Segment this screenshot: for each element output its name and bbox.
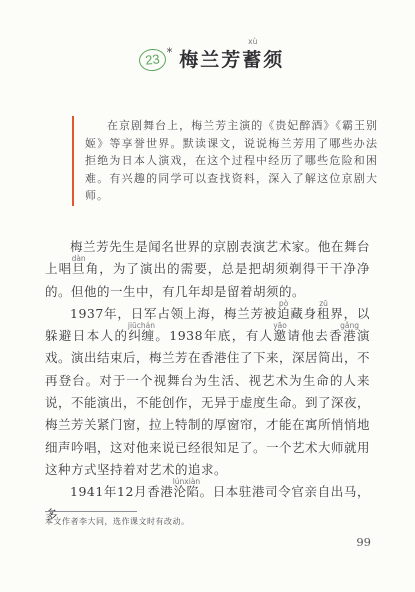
pinyin-annotation: yāo: [273, 322, 287, 330]
body-paragraph: 梅兰芳先生是闻名世界的京剧表演艺术家。他在舞台上唱dàn旦角，为了演出的需要，总…: [45, 236, 370, 303]
footnote-area: 本文作者李大同，选作课文时有改动。: [45, 511, 370, 527]
pinyin-word: jiūchán纠缠: [128, 325, 154, 347]
lesson-header: 23* 梅兰芳xù蓄须: [4, 36, 415, 73]
lesson-title: 梅兰芳xù蓄须: [179, 48, 284, 73]
pinyin-annotation: pò: [279, 300, 288, 308]
intro-text: 在京剧舞台上，梅兰芳主演的《贵妃醉酒》《霸王别姬》等享誉世界。默读课文，说说梅兰…: [85, 117, 378, 205]
pinyin-word: gǎng港: [343, 325, 356, 347]
asterisk-icon: *: [167, 46, 173, 59]
footnote-text: 本文作者李大同，选作课文时有改动。: [45, 516, 370, 527]
footnote-divider: [45, 511, 137, 512]
textbook-page: 23* 梅兰芳xù蓄须 在京剧舞台上，梅兰芳主演的《贵妃醉酒》《霸王别姬》等享誉…: [0, 0, 415, 592]
pinyin-word: zū租: [317, 303, 330, 325]
lesson-number: 23: [144, 52, 160, 68]
pinyin-annotation: dàn: [72, 255, 86, 263]
page-number: 99: [356, 535, 371, 549]
pinyin-annotation: jiūchán: [128, 322, 155, 330]
body-paragraph: 1937年，日军占领上海，梅兰芳被pò迫藏身zū租界，以躲避日本人的jiūchá…: [45, 303, 370, 481]
pinyin-annotation: gǎng: [340, 322, 359, 330]
pinyin-word: lúnxiàn沦陷: [173, 481, 199, 503]
lesson-body: 梅兰芳先生是闻名世界的京剧表演艺术家。他在舞台上唱dàn旦角，为了演出的需要，总…: [45, 236, 370, 526]
pinyin-annotation: xù: [248, 38, 257, 46]
pinyin-word: dàn旦: [72, 258, 85, 280]
intro-box: 在京剧舞台上，梅兰芳主演的《贵妃醉酒》《霸王别姬》等享誉世界。默读课文，说说梅兰…: [72, 116, 378, 206]
pinyin-word: yāo邀: [274, 325, 287, 347]
lesson-number-badge: 23: [138, 48, 167, 73]
pinyin-annotation: lúnxiàn: [173, 478, 200, 486]
pinyin-annotation: zū: [319, 300, 328, 308]
pinyin-word: xù蓄: [242, 48, 263, 73]
